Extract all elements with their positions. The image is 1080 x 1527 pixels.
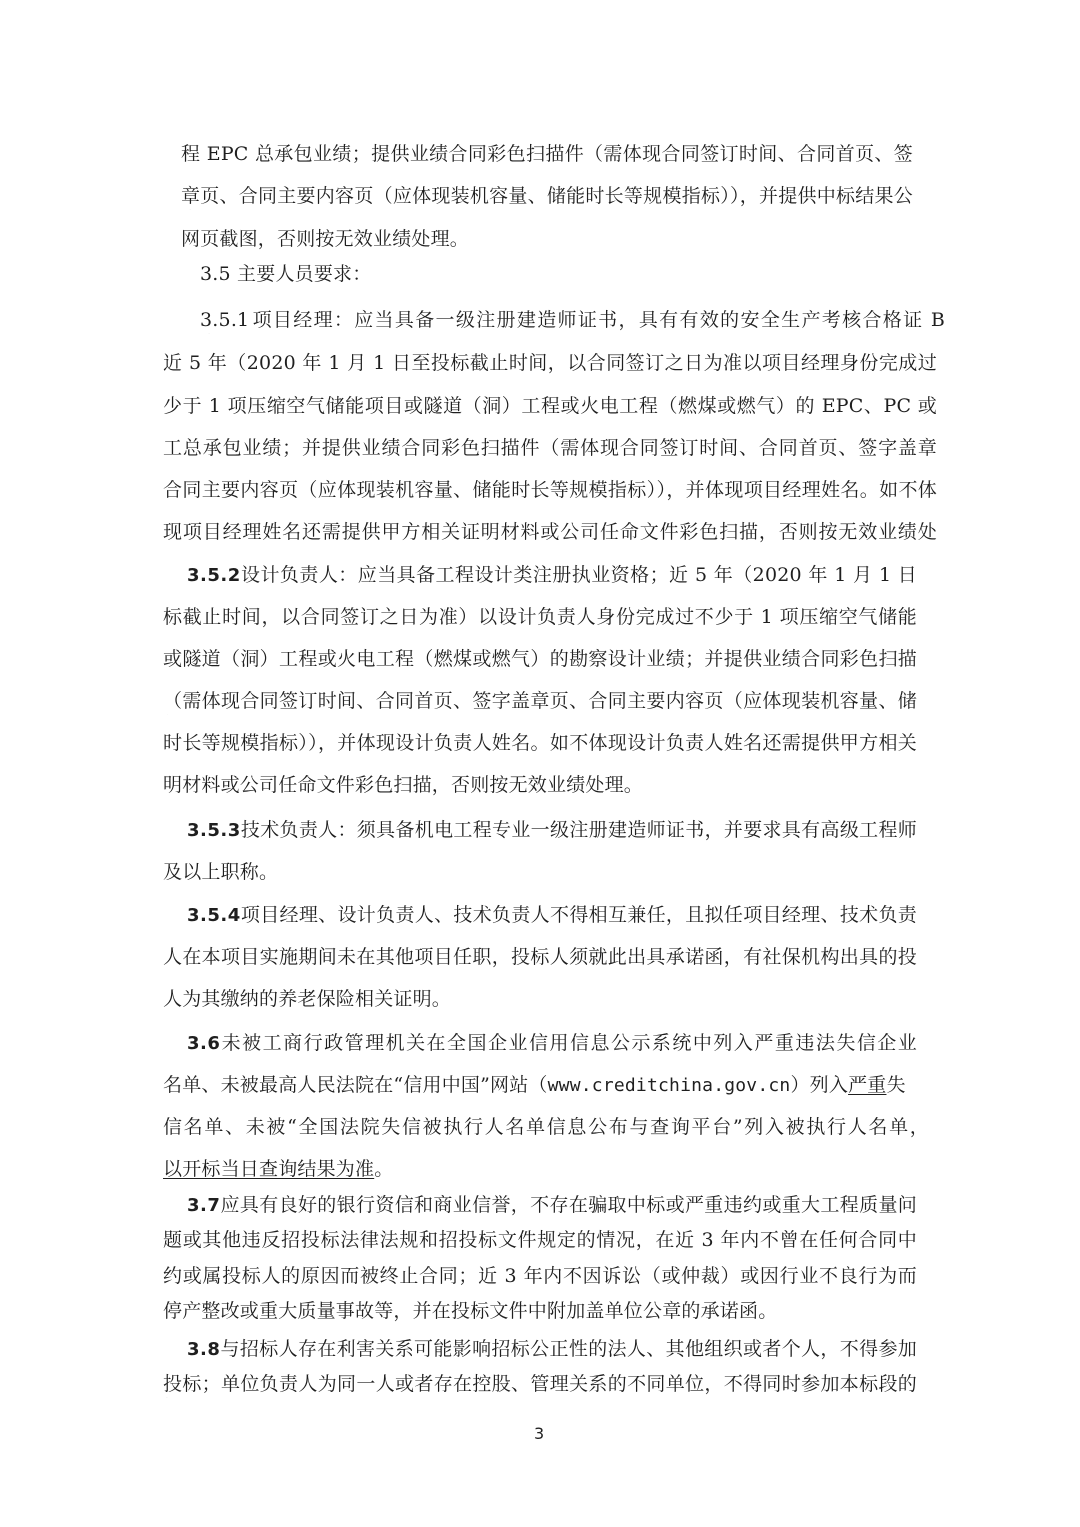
section-text: 未被工商行政管理机关在全国企业信用信息公示系统中列入严重违法失信企业: [220, 1032, 917, 1054]
section-text: 名单、未被最高人民法院在“信用中国”网站（: [163, 1074, 548, 1096]
section-3-5-1-line-1: 3.5.1 项目经理：应当具备一级注册建造师证书，具有有效的安全生产考核合格证 …: [200, 308, 945, 334]
section-text: 设计负责人：应当具备工程设计类注册执业资格；近 5 年（2020 年 1 月 1…: [187, 564, 917, 589]
paragraph-line: 题或其他违反招投标法律法规和招投标文件规定的情况，在近 3 年内不曾在任何合同中…: [163, 1228, 917, 1254]
paragraph-line: 投标；单位负责人为同一人或者存在控股、管理关系的不同单位，不得同时参加本标段的投: [163, 1372, 917, 1398]
section-number: 3.5.4: [187, 905, 241, 926]
section-number: 3.7: [187, 1195, 220, 1216]
section-number: 3.6: [187, 1033, 220, 1054]
section-number: 3.5.1: [200, 309, 249, 331]
section-3-7-line-1: 3.7应具有良好的银行资信和商业信誉，不存在骗取中标或严重违约或重大工程质量问: [187, 1193, 917, 1219]
document-page: 程 EPC 总承包业绩；提供业绩合同彩色扫描件（需体现合同签订时间、合同首页、签…: [0, 0, 1080, 1527]
paragraph-line: 明材料或公司任命文件彩色扫描，否则按无效业绩处理。: [163, 773, 643, 797]
paragraph-line: 名单、未被最高人民法院在“信用中国”网站（www.creditchina.gov…: [163, 1073, 906, 1098]
section-3-6-line-1: 3.6未被工商行政管理机关在全国企业信用信息公示系统中列入严重违法失信企业: [187, 1031, 917, 1057]
paragraph-line: 时长等规模指标）），并体现设计负责人姓名。如不体现设计负责人姓名还需提供甲方相关…: [163, 731, 917, 757]
paragraph-line: 少于 1 项压缩空气储能项目或隧道（洞）工程或火电工程（燃煤或燃气）的 EPC、…: [163, 394, 937, 420]
section-3-5-2-line-1: 3.5.2设计负责人：应当具备工程设计类注册执业资格；近 5 年（2020 年 …: [187, 563, 917, 589]
section-text: 项目经理：应当具备一级注册建造师证书，具有有效的安全生产考核合格证 B 本。: [200, 309, 945, 334]
section-number: 3.5.3: [187, 820, 241, 841]
paragraph-line: 工总承包业绩；并提供业绩合同彩色扫描件（需体现合同签订时间、合同首页、签字盖章页…: [163, 436, 937, 462]
paragraph-line: 章页、合同主要内容页（应体现装机容量、储能时长等规模指标）），并提供中标结果公告: [181, 184, 913, 210]
paragraph-line: 程 EPC 总承包业绩；提供业绩合同彩色扫描件（需体现合同签订时间、合同首页、签…: [181, 142, 913, 168]
paragraph-line: 近 5 年（2020 年 1 月 1 日至投标截止时间，以合同签订之日为准以项目…: [163, 351, 937, 377]
section-text: 应具有良好的银行资信和商业信誉，不存在骗取中标或严重违约或重大工程质量问: [220, 1194, 917, 1216]
underlined-text: 严重: [848, 1074, 886, 1096]
section-text: ）列入: [790, 1074, 848, 1096]
paragraph-line: 现项目经理姓名还需提供甲方相关证明材料或公司任命文件彩色扫描，否则按无效业绩处理…: [163, 520, 937, 546]
paragraph-line: 标截止时间，以合同签订之日为准）以设计负责人身份完成过不少于 1 项压缩空气储能…: [163, 605, 917, 631]
paragraph-line: 或隧道（洞）工程或火电工程（燃煤或燃气）的勘察设计业绩；并提供业绩合同彩色扫描件: [163, 647, 917, 673]
section-text: 失: [886, 1074, 905, 1096]
paragraph-line: 停产整改或重大质量事故等，并在投标文件中附加盖单位公章的承诺函。: [163, 1299, 777, 1323]
section-text: 与招标人存在利害关系可能影响招标公正性的法人、其他组织或者个人，不得参加: [220, 1338, 917, 1360]
paragraph-line: 网页截图，否则按无效业绩处理。: [181, 227, 469, 251]
section-3-8-line-1: 3.8与招标人存在利害关系可能影响招标公正性的法人、其他组织或者个人，不得参加: [187, 1337, 917, 1363]
section-text: 技术负责人：须具备机电工程专业一级注册建造师证书，并要求具有高级工程师: [241, 819, 917, 841]
paragraph-line: 约或属投标人的原因而被终止合同；近 3 年内不因诉讼（或仲裁）或因行业不良行为而…: [163, 1264, 917, 1290]
paragraph-line: 以开标当日查询结果为准。: [163, 1157, 393, 1181]
underlined-text: 以开标当日查询结果为准: [163, 1158, 374, 1180]
section-heading-3-5: 3.5 主要人员要求：: [200, 262, 371, 286]
section-text: 项目经理、设计负责人、技术负责人不得相互兼任，且拟任项目经理、技术负责: [241, 904, 917, 926]
paragraph-line: （需体现合同签订时间、合同首页、签字盖章页、合同主要内容页（应体现装机容量、储能: [163, 689, 917, 715]
paragraph-line: 人在本项目实施期间未在其他项目任职，投标人须就此出具承诺函，有社保机构出具的投标: [163, 945, 917, 971]
section-3-5-3-line-1: 3.5.3技术负责人：须具备机电工程专业一级注册建造师证书，并要求具有高级工程师: [187, 818, 917, 844]
website-url: www.creditchina.gov.cn: [548, 1075, 791, 1096]
paragraph-line: 信名单、未被“全国法院失信被执行人名单信息公布与查询平台”列入被执行人名单，: [163, 1115, 929, 1141]
paragraph-line: 及以上职称。: [163, 860, 278, 884]
section-number: 3.8: [187, 1339, 220, 1360]
section-3-5-4-line-1: 3.5.4项目经理、设计负责人、技术负责人不得相互兼任，且拟任项目经理、技术负责: [187, 903, 917, 929]
paragraph-line: 人为其缴纳的养老保险相关证明。: [163, 987, 451, 1011]
page-number: 3: [534, 1424, 544, 1443]
section-number: 3.5.2: [187, 565, 241, 586]
paragraph-line: 合同主要内容页（应体现装机容量、储能时长等规模指标）），并体现项目经理姓名。如不…: [163, 478, 937, 504]
section-text: 。: [374, 1158, 393, 1180]
